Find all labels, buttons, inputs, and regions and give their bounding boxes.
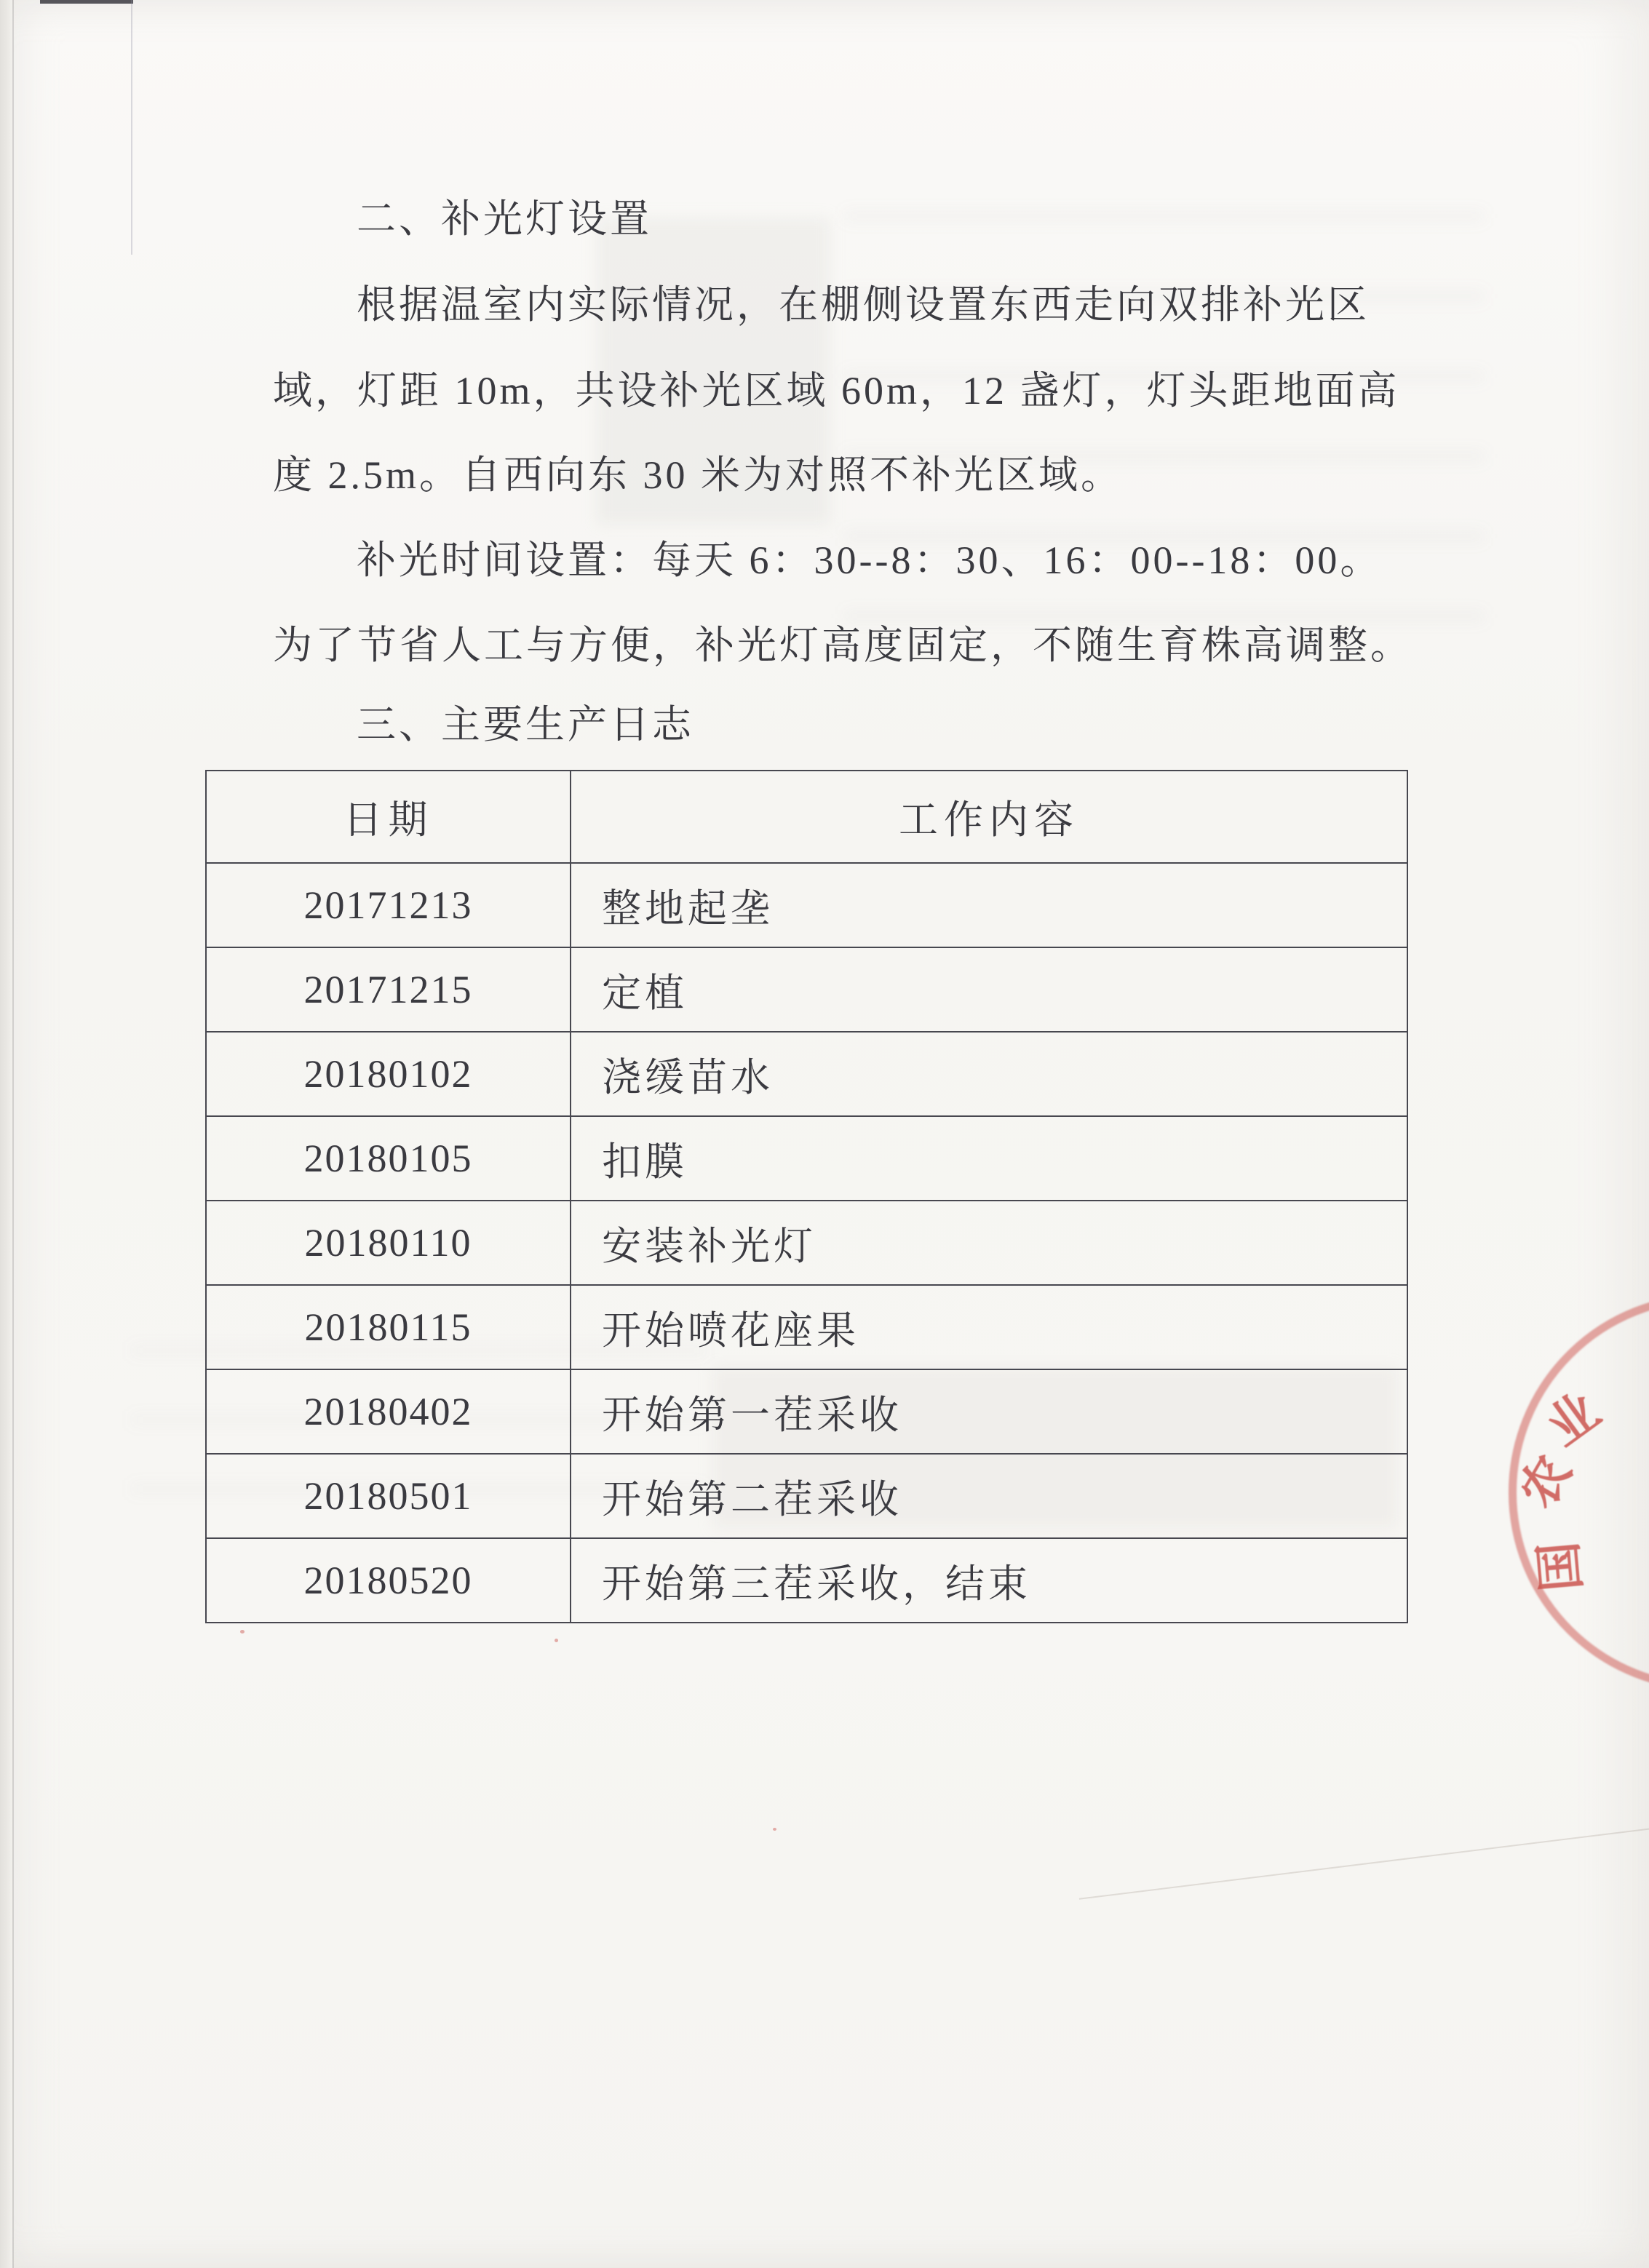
section-heading-lighting-setup: 二、补光灯设置 xyxy=(273,179,1535,259)
date-cell: 20171215 xyxy=(206,947,571,1032)
work-cell: 安装补光灯 xyxy=(571,1201,1407,1285)
body-text-line: 根据温室内实际情况，在棚侧设置东西走向双排补光区 xyxy=(273,265,1535,345)
table-row: 20171213 整地起垄 xyxy=(206,863,1407,947)
table-row: 20180102 浇缓苗水 xyxy=(206,1032,1407,1116)
seal-character: 国 xyxy=(1519,1539,1594,1594)
section-heading-production-log: 三、主要生产日志 xyxy=(273,685,1535,765)
scan-top-mark xyxy=(40,0,133,4)
paper-crease-diagonal xyxy=(1079,1827,1649,1899)
work-cell: 扣膜 xyxy=(571,1116,1407,1201)
body-text-line: 补光时间设置：每天 6：30--8：30、16：00--18：00。 xyxy=(273,520,1535,600)
ink-speck xyxy=(773,1828,776,1831)
date-cell: 20180501 xyxy=(206,1454,571,1538)
body-text-line: 域，灯距 10m，共设补光区域 60m，12 盏灯，灯头距地面高 xyxy=(273,351,1452,431)
date-cell: 20180105 xyxy=(206,1116,571,1201)
date-cell: 20180402 xyxy=(206,1369,571,1454)
work-cell: 定植 xyxy=(571,947,1407,1032)
work-cell: 开始第一茬采收 xyxy=(571,1369,1407,1454)
ink-speck xyxy=(555,1639,558,1642)
work-cell: 开始第三茬采收，结束 xyxy=(571,1538,1407,1623)
paper-left-edge-line xyxy=(12,0,14,2268)
date-cell: 20180102 xyxy=(206,1032,571,1116)
table-row: 20180110 安装补光灯 xyxy=(206,1201,1407,1285)
table-row: 20180105 扣膜 xyxy=(206,1116,1407,1201)
scanned-page: 二、补光灯设置 根据温室内实际情况，在棚侧设置东西走向双排补光区 域，灯距 10… xyxy=(0,0,1649,2268)
work-cell: 浇缓苗水 xyxy=(571,1032,1407,1116)
col-header-date: 日期 xyxy=(206,771,571,863)
scan-left-edge xyxy=(0,0,12,2268)
table-row: 20171215 定植 xyxy=(206,947,1407,1032)
work-cell: 开始喷花座果 xyxy=(571,1285,1407,1369)
date-cell: 20180115 xyxy=(206,1285,571,1369)
ink-speck xyxy=(240,1630,245,1634)
paper-crease-vertical xyxy=(131,0,132,255)
date-cell: 20171213 xyxy=(206,863,571,947)
table-row: 20180402 开始第一茬采收 xyxy=(206,1369,1407,1454)
table-row: 20180115 开始喷花座果 xyxy=(206,1285,1407,1369)
date-cell: 20180110 xyxy=(206,1201,571,1285)
work-cell: 整地起垄 xyxy=(571,863,1407,947)
table-header-row: 日期 工作内容 xyxy=(206,771,1407,863)
production-log-table: 日期 工作内容 20171213 整地起垄 20171215 定植 201801… xyxy=(205,770,1408,1623)
work-cell: 开始第二茬采收 xyxy=(571,1454,1407,1538)
body-text-line: 为了节省人工与方便，补光灯高度固定，不随生育株高调整。 xyxy=(273,605,1452,685)
col-header-work: 工作内容 xyxy=(571,771,1407,863)
table-row: 20180520 开始第三茬采收，结束 xyxy=(206,1538,1407,1623)
date-cell: 20180520 xyxy=(206,1538,571,1623)
table-row: 20180501 开始第二茬采收 xyxy=(206,1454,1407,1538)
body-text-line: 度 2.5m。自西向东 30 米为对照不补光区域。 xyxy=(273,435,1452,515)
